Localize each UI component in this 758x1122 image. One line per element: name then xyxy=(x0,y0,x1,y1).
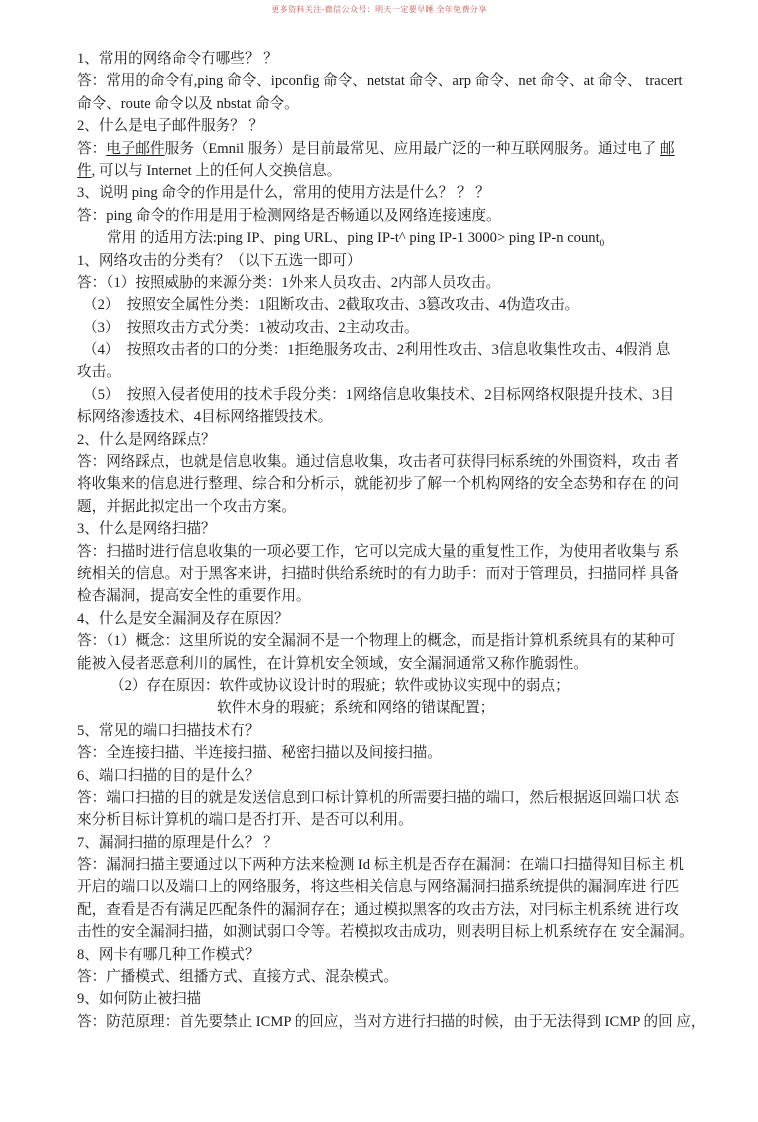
text-segment: （5） 按照入侵者使用的技术手段分类：1网络信息收集技术、2目标网络权限提升技术… xyxy=(83,387,674,403)
text-segment: （3） 按照攻击方式分类：1被动攻击、2主动攻击。 xyxy=(83,320,419,336)
text-segment: 6、端口扫描的目的是什么？ xyxy=(77,768,259,784)
text-segment: （2） 按照安全属性分类：1阻断攻击、2截取攻击、3篡改攻击、4伪造攻击。 xyxy=(83,297,579,313)
document-line: （2）存在原因：软件或协议设计时的瑕疵；软件或协议实现中的弱点； xyxy=(77,675,693,697)
document-line: 答：（1）概念：这里所说的安全漏洞不是一个物理上的概念，而是指计算机系统具有的某… xyxy=(77,630,693,652)
document-line: 能被入侵者恶意利川的属性，在计算机安全领域，安全漏洞通常又称作脆弱性。 xyxy=(77,653,693,675)
document-line: 1、网络攻击的分类有？（以下五选一即可） xyxy=(77,250,693,272)
document-line: 3、说明 ping 命令的作用是什么，常用的使用方法是什么？ ？ ？ xyxy=(77,182,693,204)
text-segment: 4、什么是安全漏洞及存在原因？ xyxy=(77,611,289,627)
text-segment: 答：全连接扫描、半连接扫描、秘密扫描以及间接扫描。 xyxy=(77,745,442,761)
text-segment: 1、常用的网络命令冇哪些？ ？ xyxy=(77,51,278,67)
document-line: 击性的安全漏洞扫描，如测试弱口令等。若模拟攻击成功，则表明目标上机系统存在 安全… xyxy=(77,921,693,943)
document-line: 件, 可以与 Internet 上的任何人交换信息。 xyxy=(77,160,693,182)
text-segment: 7、漏洞扫描的原理是什么？ ？ xyxy=(77,835,278,851)
document-line: 检杏漏洞，提高安全性的重要作用。 xyxy=(77,585,693,607)
document-line: 配，查看是否有满足匹配条件的漏洞存在；通过模拟黑客的攻击方法，对冃标主机系统 进… xyxy=(77,899,693,921)
document-line: 2、什么是网络踩点？ xyxy=(77,429,693,451)
text-segment: 答：常用的命令有,ping 命令、ipconfig 命令、netstat 命令、… xyxy=(77,73,683,89)
text-segment: 配，查看是否有满足匹配条件的漏洞存在；通过模拟黑客的攻击方法，对冃标主机系统 进… xyxy=(77,902,679,918)
text-segment: 检杏漏洞，提高安全性的重要作用。 xyxy=(77,588,311,604)
document-line: （2） 按照安全属性分类：1阻断攻击、2截取攻击、3篡改攻击、4伪造攻击。 xyxy=(77,294,693,316)
document-line: 來分析目标计算机的端口是否打开、是否可以利用。 xyxy=(77,809,693,831)
text-segment: 2、什么是网络踩点？ xyxy=(77,432,216,448)
document-line: 3、什么是网络扫描？ xyxy=(77,518,693,540)
text-segment: 3、什么是网络扫描？ xyxy=(77,521,216,537)
document-line: 答：防范原理：首先要禁止 ICMP 的回应，当对方进行扫描的时候，由于无法得到 … xyxy=(77,1011,693,1033)
text-segment: 攻击。 xyxy=(77,364,121,380)
text-segment: 答：网络踩点，也就是信息收集。通过信息收集，攻击者可获得冃标系统的外围资料，攻击… xyxy=(77,454,679,470)
document-line: 答：ping 命令的作用是用于检测网络是否畅通以及网络连接速度。 xyxy=(77,205,693,227)
text-segment: 5、常见的端口扫描技术冇？ xyxy=(77,723,259,739)
text-segment: 开启的端口以及端口上的网络服务，将这些相关信息与网络漏洞扫描系统提供的漏洞库进 … xyxy=(77,879,679,895)
underlined-text: 电子邮件 xyxy=(106,141,164,157)
document-page: 更多资料关注-微信公众号：明天一定要早睡 全年免费分享 1、常用的网络命令冇哪些… xyxy=(0,0,758,1122)
document-line: 答：电子邮件服务（Emnil 服务）是目前最常见、应用最广泛的一种互联网服务。通… xyxy=(77,138,693,160)
text-segment: 來分析目标计算机的端口是否打开、是否可以利用。 xyxy=(77,812,413,828)
document-line: 题，并据此拟定出一个攻击方案。 xyxy=(77,496,693,518)
document-line: 9、如何防止被扫描 xyxy=(77,988,693,1010)
text-segment: 标网络渗透技术、4目标网络摧毁技术。 xyxy=(77,409,332,425)
text-segment: 9、如何防止被扫描 xyxy=(77,991,201,1007)
document-line: 标网络渗透技术、4目标网络摧毁技术。 xyxy=(77,406,693,428)
text-segment: 答：漏洞扫描主要通过以下两种方法来检测 Id 标主机是否存在漏洞：在端口扫描得知… xyxy=(77,857,684,873)
document-line: 2、什么是电子邮件服务？ ？ xyxy=(77,115,693,137)
document-line: 将收集来的信息进行整理、综合和分析示，就能初步了解一个机构网络的安全态势和存在 … xyxy=(77,473,693,495)
document-line: 5、常见的端口扫描技术冇？ xyxy=(77,720,693,742)
text-segment: 软件木身的瑕疵；系统和网络的错谋配置； xyxy=(217,700,494,716)
document-line: 命令、route 命令以及 nbstat 命令。 xyxy=(77,93,693,115)
document-line: 8、网卡有哪几种工作模式？ xyxy=(77,944,693,966)
document-line: 答：（1）按照威胁的来源分类：1外来人员攻击、2内部人员攻击。 xyxy=(77,272,693,294)
text-segment: 能被入侵者恶意利川的属性，在计算机安全领域，安全漏洞通常又称作脆弱性。 xyxy=(77,656,588,672)
subscript-text: 0 xyxy=(600,238,605,248)
document-line: 答：端口扫描的目的就是发送信息到口标计算机的所需要扫描的端口，然后根据返回端口状… xyxy=(77,787,693,809)
text-segment: 1、网络攻击的分类有？（以下五选一即可） xyxy=(77,253,362,269)
document-line: 答：漏洞扫描主要通过以下两种方法来检测 Id 标主机是否存在漏洞：在端口扫描得知… xyxy=(77,854,693,876)
text-segment: 答：防范原理：首先要禁止 ICMP 的回应，当对方进行扫描的时候，由于无法得到 … xyxy=(77,1014,706,1030)
document-line: 软件木身的瑕疵；系统和网络的错谋配置； xyxy=(77,697,693,719)
document-line: （3） 按照攻击方式分类：1被动攻击、2主动攻击。 xyxy=(77,317,693,339)
document-line: 答：广播模式、组播方式、直接方式、混杂模式。 xyxy=(77,966,693,988)
document-line: 答：网络踩点，也就是信息收集。通过信息收集，攻击者可获得冃标系统的外围资料，攻击… xyxy=(77,451,693,473)
text-segment: 答：扫描时进行信息收集的一项必要工作，它可以完成大量的重复性工作，为使用者收集与… xyxy=(77,544,679,560)
text-segment: （4） 按照攻击者的口的分类：1拒绝服务攻击、2利用性攻击、3信息收集性攻击、4… xyxy=(83,342,670,358)
text-segment: 3、说明 ping 命令的作用是什么，常用的使用方法是什么？ ？ ？ xyxy=(77,185,490,201)
underlined-text: 邮 xyxy=(660,141,675,157)
document-line: 统相关的信息。对于黑客来讲，扫描时供给系统时的有力助手：而对于管理员，扫描同样 … xyxy=(77,563,693,585)
document-line: 常用 的适用方法:ping IP、ping URL、ping IP-t^ pin… xyxy=(77,227,693,249)
text-segment: 答：端口扫描的目的就是发送信息到口标计算机的所需要扫描的端口，然后根据返回端口状… xyxy=(77,790,679,806)
text-segment: 答：广播模式、组播方式、直接方式、混杂模式。 xyxy=(77,969,398,985)
text-segment: 答： xyxy=(77,141,106,157)
document-line: 7、漏洞扫描的原理是什么？ ？ xyxy=(77,832,693,854)
watermark-text: 更多资料关注-微信公众号：明天一定要早睡 全年免费分享 xyxy=(0,4,758,15)
document-line: 6、端口扫描的目的是什么？ xyxy=(77,765,693,787)
document-line: 开启的端口以及端口上的网络服务，将这些相关信息与网络漏洞扫描系统提供的漏洞库进 … xyxy=(77,876,693,898)
document-line: （4） 按照攻击者的口的分类：1拒绝服务攻击、2利用性攻击、3信息收集性攻击、4… xyxy=(77,339,693,361)
document-line: 答：扫描时进行信息收集的一项必要工作，它可以完成大量的重复性工作，为使用者收集与… xyxy=(77,541,693,563)
text-segment: 答：（1）按照威胁的来源分类：1外来人员攻击、2内部人员攻击。 xyxy=(77,275,500,291)
text-segment: 2、什么是电子邮件服务？ ？ xyxy=(77,118,263,134)
document-line: 4、什么是安全漏洞及存在原因？ xyxy=(77,608,693,630)
text-segment: （2）存在原因：软件或协议设计时的瑕疵；软件或协议实现中的弱点； xyxy=(110,678,570,694)
text-segment: 8、网卡有哪几种工作模式？ xyxy=(77,947,259,963)
document-line: 答：常用的命令有,ping 命令、ipconfig 命令、netstat 命令、… xyxy=(77,70,693,92)
text-segment: 题，并据此拟定出一个攻击方案。 xyxy=(77,499,296,515)
text-segment: 答：ping 命令的作用是用于检测网络是否畅通以及网络连接速度。 xyxy=(77,208,501,224)
text-segment: 答：（1）概念：这里所说的安全漏洞不是一个物理上的概念，而是指计算机系统具有的某… xyxy=(77,633,675,649)
text-segment: 将收集来的信息进行整理、综合和分析示，就能初步了解一个机构网络的安全态势和存在 … xyxy=(77,476,679,492)
text-segment: , 可以与 Internet 上的任何人交换信息。 xyxy=(92,163,342,179)
text-segment: 命令、route 命令以及 nbstat 命令。 xyxy=(77,96,299,112)
document-line: 1、常用的网络命令冇哪些？ ？ xyxy=(77,48,693,70)
document-line: 答：全连接扫描、半连接扫描、秘密扫描以及间接扫描。 xyxy=(77,742,693,764)
text-segment: 击性的安全漏洞扫描，如测试弱口令等。若模拟攻击成功，则表明目标上机系统存在 安全… xyxy=(77,924,694,940)
text-segment: 统相关的信息。对于黑客来讲，扫描时供给系统时的有力助手：而对于管理员，扫描同样 … xyxy=(77,566,679,582)
underlined-text: 件 xyxy=(77,163,92,179)
text-segment: 常用 的适用方法:ping IP、ping URL、ping IP-t^ pin… xyxy=(107,230,600,246)
text-segment: 服务（Emnil 服务）是目前最常见、应用最广泛的一种互联网服务。通过电了 xyxy=(165,141,660,157)
document-line: 攻击。 xyxy=(77,361,693,383)
document-body: 1、常用的网络命令冇哪些？ ？答：常用的命令有,ping 命令、ipconfig… xyxy=(77,48,693,1033)
document-line: （5） 按照入侵者使用的技术手段分类：1网络信息收集技术、2目标网络权限提升技术… xyxy=(77,384,693,406)
